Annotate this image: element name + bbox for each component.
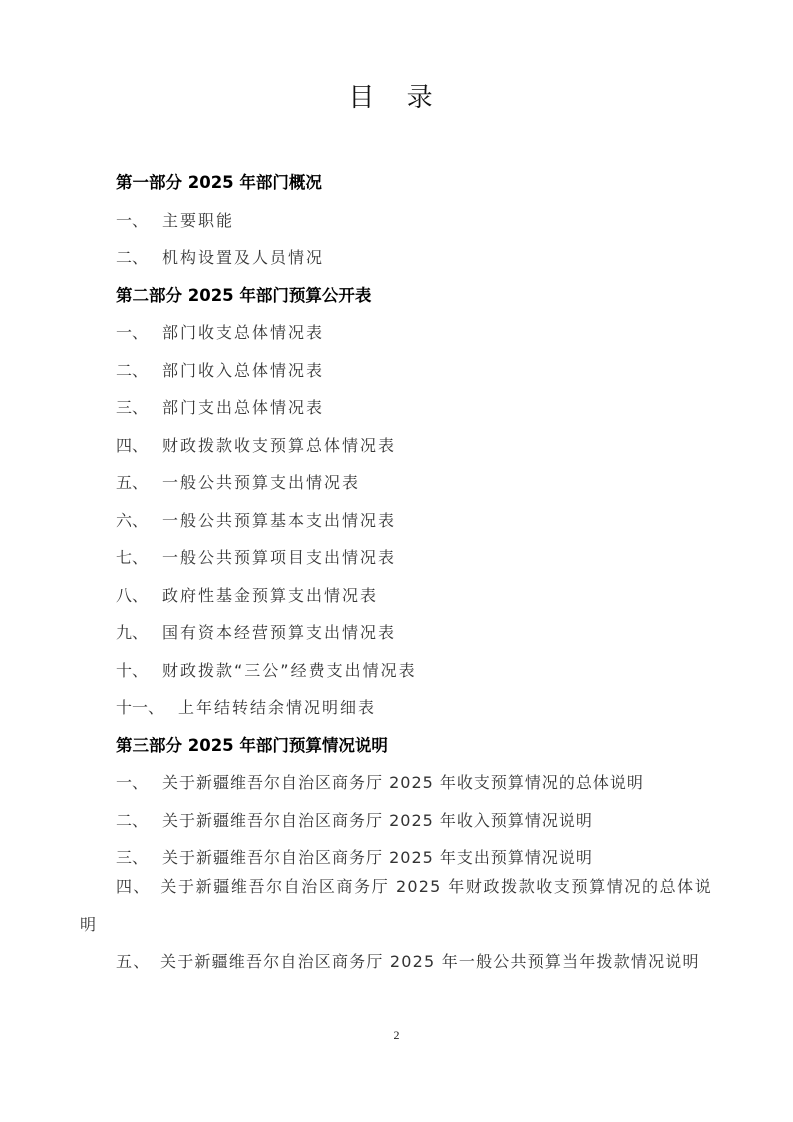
toc-entry[interactable]: 一、部门收支总体情况表 xyxy=(116,314,716,352)
toc-entry-number: 一、 xyxy=(116,764,162,802)
toc-entry-number: 八、 xyxy=(116,577,162,615)
toc-entry-text: 关于新疆维吾尔自治区商务厅 2025 年收入预算情况说明 xyxy=(162,811,593,830)
toc-section-heading[interactable]: 第一部分 2025 年部门概况 xyxy=(116,164,716,202)
toc-entry-text: 部门收入总体情况表 xyxy=(162,361,324,380)
toc-entry-number: 三、 xyxy=(116,389,162,427)
toc-entry-text: 关于新疆维吾尔自治区商务厅 2025 年一般公共预算当年拨款情况说明 xyxy=(160,952,700,971)
toc-entry-text: 关于新疆维吾尔自治区商务厅 2025 年收支预算情况的总体说明 xyxy=(162,773,644,792)
toc-entry-number: 二、 xyxy=(116,802,162,840)
toc-entry-text: 上年结转结余情况明细表 xyxy=(178,698,376,717)
toc-entry-text: 关于新疆维吾尔自治区商务厅 2025 年财政拨款收支预算情况的总体说明 xyxy=(80,877,712,934)
page-title: 目 录 xyxy=(0,80,793,116)
toc-entry-number: 六、 xyxy=(116,502,162,540)
toc-entry-number: 九、 xyxy=(116,614,162,652)
toc-entry[interactable]: 六、一般公共预算基本支出情况表 xyxy=(116,502,716,540)
toc-entry-number: 十、 xyxy=(116,652,162,690)
toc-entry-wrapped[interactable]: 五、关于新疆维吾尔自治区商务厅 2025 年一般公共预算当年拨款情况说明 xyxy=(80,943,712,981)
toc-entry-number: 十一、 xyxy=(116,689,178,727)
toc-entry-text: 部门收支总体情况表 xyxy=(162,323,324,342)
page-number: 2 xyxy=(0,1028,793,1043)
toc-entry-number: 二、 xyxy=(116,239,162,277)
toc-entry[interactable]: 一、关于新疆维吾尔自治区商务厅 2025 年收支预算情况的总体说明 xyxy=(116,764,716,802)
toc-entry-number: 二、 xyxy=(116,352,162,390)
toc-entry[interactable]: 二、部门收入总体情况表 xyxy=(116,352,716,390)
toc-entry[interactable]: 八、政府性基金预算支出情况表 xyxy=(116,577,716,615)
toc-section-heading[interactable]: 第三部分 2025 年部门预算情况说明 xyxy=(116,727,716,765)
toc-entry-text: 财政拨款收支预算总体情况表 xyxy=(162,436,396,455)
toc-entry[interactable]: 九、国有资本经营预算支出情况表 xyxy=(116,614,716,652)
toc-entry[interactable]: 三、部门支出总体情况表 xyxy=(116,389,716,427)
toc-entry-text: 国有资本经营预算支出情况表 xyxy=(162,623,396,642)
toc-section-heading[interactable]: 第二部分 2025 年部门预算公开表 xyxy=(116,277,716,315)
table-of-contents: 第一部分 2025 年部门概况 一、主要职能 二、机构设置及人员情况 第二部分 … xyxy=(116,164,716,877)
toc-entry-text: 政府性基金预算支出情况表 xyxy=(162,586,378,605)
toc-entry[interactable]: 十、财政拨款“三公”经费支出情况表 xyxy=(116,652,716,690)
toc-entry-text: 主要职能 xyxy=(162,211,234,230)
toc-entry[interactable]: 五、一般公共预算支出情况表 xyxy=(116,464,716,502)
toc-entry[interactable]: 十一、上年结转结余情况明细表 xyxy=(116,689,716,727)
toc-entry-number: 五、 xyxy=(116,943,160,981)
toc-entry-text: 一般公共预算基本支出情况表 xyxy=(162,511,396,530)
toc-entry-number: 四、 xyxy=(116,427,162,465)
toc-entry[interactable]: 二、关于新疆维吾尔自治区商务厅 2025 年收入预算情况说明 xyxy=(116,802,716,840)
toc-entry-text: 财政拨款“三公”经费支出情况表 xyxy=(162,661,417,680)
toc-entry-text: 一般公共预算支出情况表 xyxy=(162,473,360,492)
toc-entry[interactable]: 七、一般公共预算项目支出情况表 xyxy=(116,539,716,577)
toc-entry-number: 一、 xyxy=(116,202,162,240)
toc-entry-text: 一般公共预算项目支出情况表 xyxy=(162,548,396,567)
toc-entry-number: 一、 xyxy=(116,314,162,352)
toc-entry-wrapped[interactable]: 四、关于新疆维吾尔自治区商务厅 2025 年财政拨款收支预算情况的总体说明 xyxy=(80,868,712,943)
toc-entry-text: 部门支出总体情况表 xyxy=(162,398,324,417)
toc-entry[interactable]: 一、主要职能 xyxy=(116,202,716,240)
toc-entry-text: 关于新疆维吾尔自治区商务厅 2025 年支出预算情况说明 xyxy=(162,848,593,867)
toc-entry-text: 机构设置及人员情况 xyxy=(162,248,324,267)
toc-entry[interactable]: 四、财政拨款收支预算总体情况表 xyxy=(116,427,716,465)
toc-entry-number: 七、 xyxy=(116,539,162,577)
toc-entry-number: 五、 xyxy=(116,464,162,502)
toc-entry[interactable]: 二、机构设置及人员情况 xyxy=(116,239,716,277)
document-page: 目 录 第一部分 2025 年部门概况 一、主要职能 二、机构设置及人员情况 第… xyxy=(0,0,793,1122)
toc-entry-number: 四、 xyxy=(116,868,160,906)
